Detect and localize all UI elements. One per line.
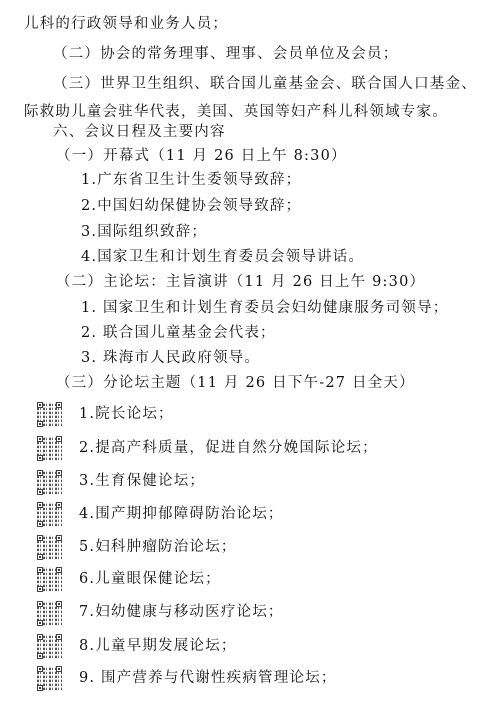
main-forum-item: 2. 联合国儿童基金会代表； [81, 324, 276, 342]
section-heading: 六、会议日程及主要内容 [53, 123, 226, 141]
opening-item: 2.中国妇幼保健协会领导致辞； [81, 197, 301, 215]
main-forum-heading: （二）主论坛：主旨演讲（11 月 26 日上午 9:30） [56, 273, 425, 291]
qr-code-icon[interactable] [37, 535, 62, 560]
sub-forums-heading: （三）分论坛主题（11 月 26 日下午-27 日全天） [56, 374, 415, 392]
qr-code-icon[interactable] [37, 601, 62, 626]
sub-forum-item: 4.围产期抑郁障碍防治论坛； [79, 505, 284, 523]
opening-item: 4.国家卫生和计划生育委员会领导讲话。 [81, 248, 364, 266]
attendee-item-2: （二）协会的常务理事、理事、会员单位及会员； [53, 45, 398, 63]
qr-code-icon[interactable] [37, 666, 62, 691]
paragraph-line: 儿科的行政领导和业务人员； [24, 15, 228, 33]
sub-forum-item: 6.儿童眼保健论坛； [79, 570, 221, 588]
qr-code-icon[interactable] [37, 502, 62, 527]
sub-forum-item: 2.提高产科质量，促进自然分娩国际论坛； [79, 439, 378, 457]
sub-forum-item: 1.院长论坛； [79, 405, 174, 423]
sub-forum-item: 8.儿童早期发展论坛； [79, 637, 237, 655]
opening-item: 3.国际组织致辞； [81, 223, 207, 241]
sub-forum-item: 5.妇科肿瘤防治论坛； [79, 538, 237, 556]
qr-code-icon[interactable] [37, 436, 62, 461]
qr-code-icon[interactable] [37, 402, 62, 427]
attendee-item-3: （三）世界卫生组织、联合国儿童基金会、联合国人口基金、国 [53, 75, 478, 93]
paragraph-line: 际救助儿童会驻华代表，美国、英国等妇产科儿科领域专家。 [24, 103, 448, 121]
qr-code-icon[interactable] [37, 470, 62, 495]
sub-forum-item: 3.生育保健论坛； [79, 472, 205, 490]
opening-item: 1.广东省卫生计生委领导致辞； [81, 171, 301, 189]
main-forum-item: 1. 国家卫生和计划生育委员会妇幼健康服务司领导； [81, 299, 448, 317]
opening-heading: （一）开幕式（11 月 26 日上午 8:30） [56, 147, 347, 165]
main-forum-item: 3. 珠海市人民政府领导。 [81, 349, 260, 367]
sub-forum-item: 7.妇幼健康与移动医疗论坛； [79, 603, 284, 621]
qr-code-icon[interactable] [37, 634, 62, 659]
qr-code-icon[interactable] [37, 567, 62, 592]
sub-forum-item: 9. 围产营养与代谢性疾病管理论坛； [79, 669, 337, 687]
